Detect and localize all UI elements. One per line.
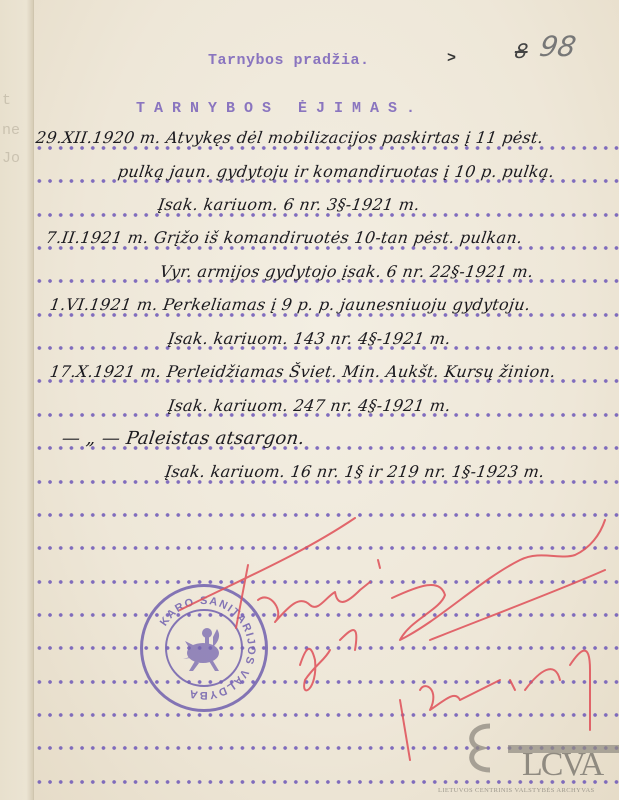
entry-2-line-1: 7.II.1921 m. Grįžo iš komandiruotės 10-t…	[45, 228, 524, 247]
entry-2-line-2: Vyr. armijos gydytojo įsak. 6 nr. 22§-19…	[159, 262, 535, 281]
left-page-fragment: Jo	[2, 150, 20, 167]
entry-3-line-1: 1.VI.1921 m. Perkeliamas į 9 p. p. jaune…	[49, 295, 532, 314]
logo-text: LCVA	[522, 746, 602, 783]
entry-1-line-3: Įsak. kariuom. 6 nr. 3§-1921 m.	[157, 195, 421, 214]
entry-1-line-2: pulką jaun. gydytoju ir komandiruotas į …	[117, 162, 556, 181]
entry-5-line-1: — „ — Paleistas atsargon.	[61, 428, 307, 449]
left-page-fragment: ne	[2, 122, 20, 139]
header-mark: ˃	[447, 50, 457, 67]
entry-4-line-2: Įsak. kariuom. 247 nr. 4§-1921 m.	[167, 396, 452, 415]
dotted-rule	[34, 613, 619, 617]
dotted-rule	[34, 513, 619, 517]
archive-logo-text: LCVA	[522, 746, 602, 784]
archive-page-number: 98	[537, 30, 578, 63]
adjacent-page-edge: t ne Jo	[0, 0, 34, 800]
stamp-inner-ring	[165, 609, 243, 687]
dotted-rule	[34, 580, 619, 584]
entry-5-line-2: Įsak. kariuom. 16 nr. 1§ ir 219 nr. 1§-1…	[164, 462, 546, 481]
dotted-rule	[34, 546, 619, 550]
header-service-start: Tarnybos pradžia.	[208, 52, 370, 69]
dotted-rule	[34, 680, 619, 684]
left-page-fragment: t	[2, 92, 11, 109]
section-title: TARNYBOS ĖJIMAS.	[136, 100, 424, 117]
archive-watermark: LCVA LIETUVOS CENTRINIS VALSTYBĖS ARCHYV…	[450, 718, 619, 800]
entry-3-line-2: Įsak. kariuom. 143 nr. 4§-1921 m.	[167, 329, 452, 348]
official-stamp: KARO SANITARIJOS VALDYBA	[140, 584, 268, 712]
archive-caption: LIETUVOS CENTRINIS VALSTYBĖS ARCHYVAS	[438, 787, 595, 794]
knight-vytis-emblem-icon	[167, 611, 241, 685]
entry-1-line-1: 29.XII.1920 m. Atvykęs dėl mobilizacijos…	[35, 128, 545, 147]
entry-4-line-1: 17.X.1921 m. Perleidžiamas Šviet. Min. A…	[49, 362, 557, 381]
dotted-rule	[34, 713, 619, 717]
dotted-rule	[34, 646, 619, 650]
